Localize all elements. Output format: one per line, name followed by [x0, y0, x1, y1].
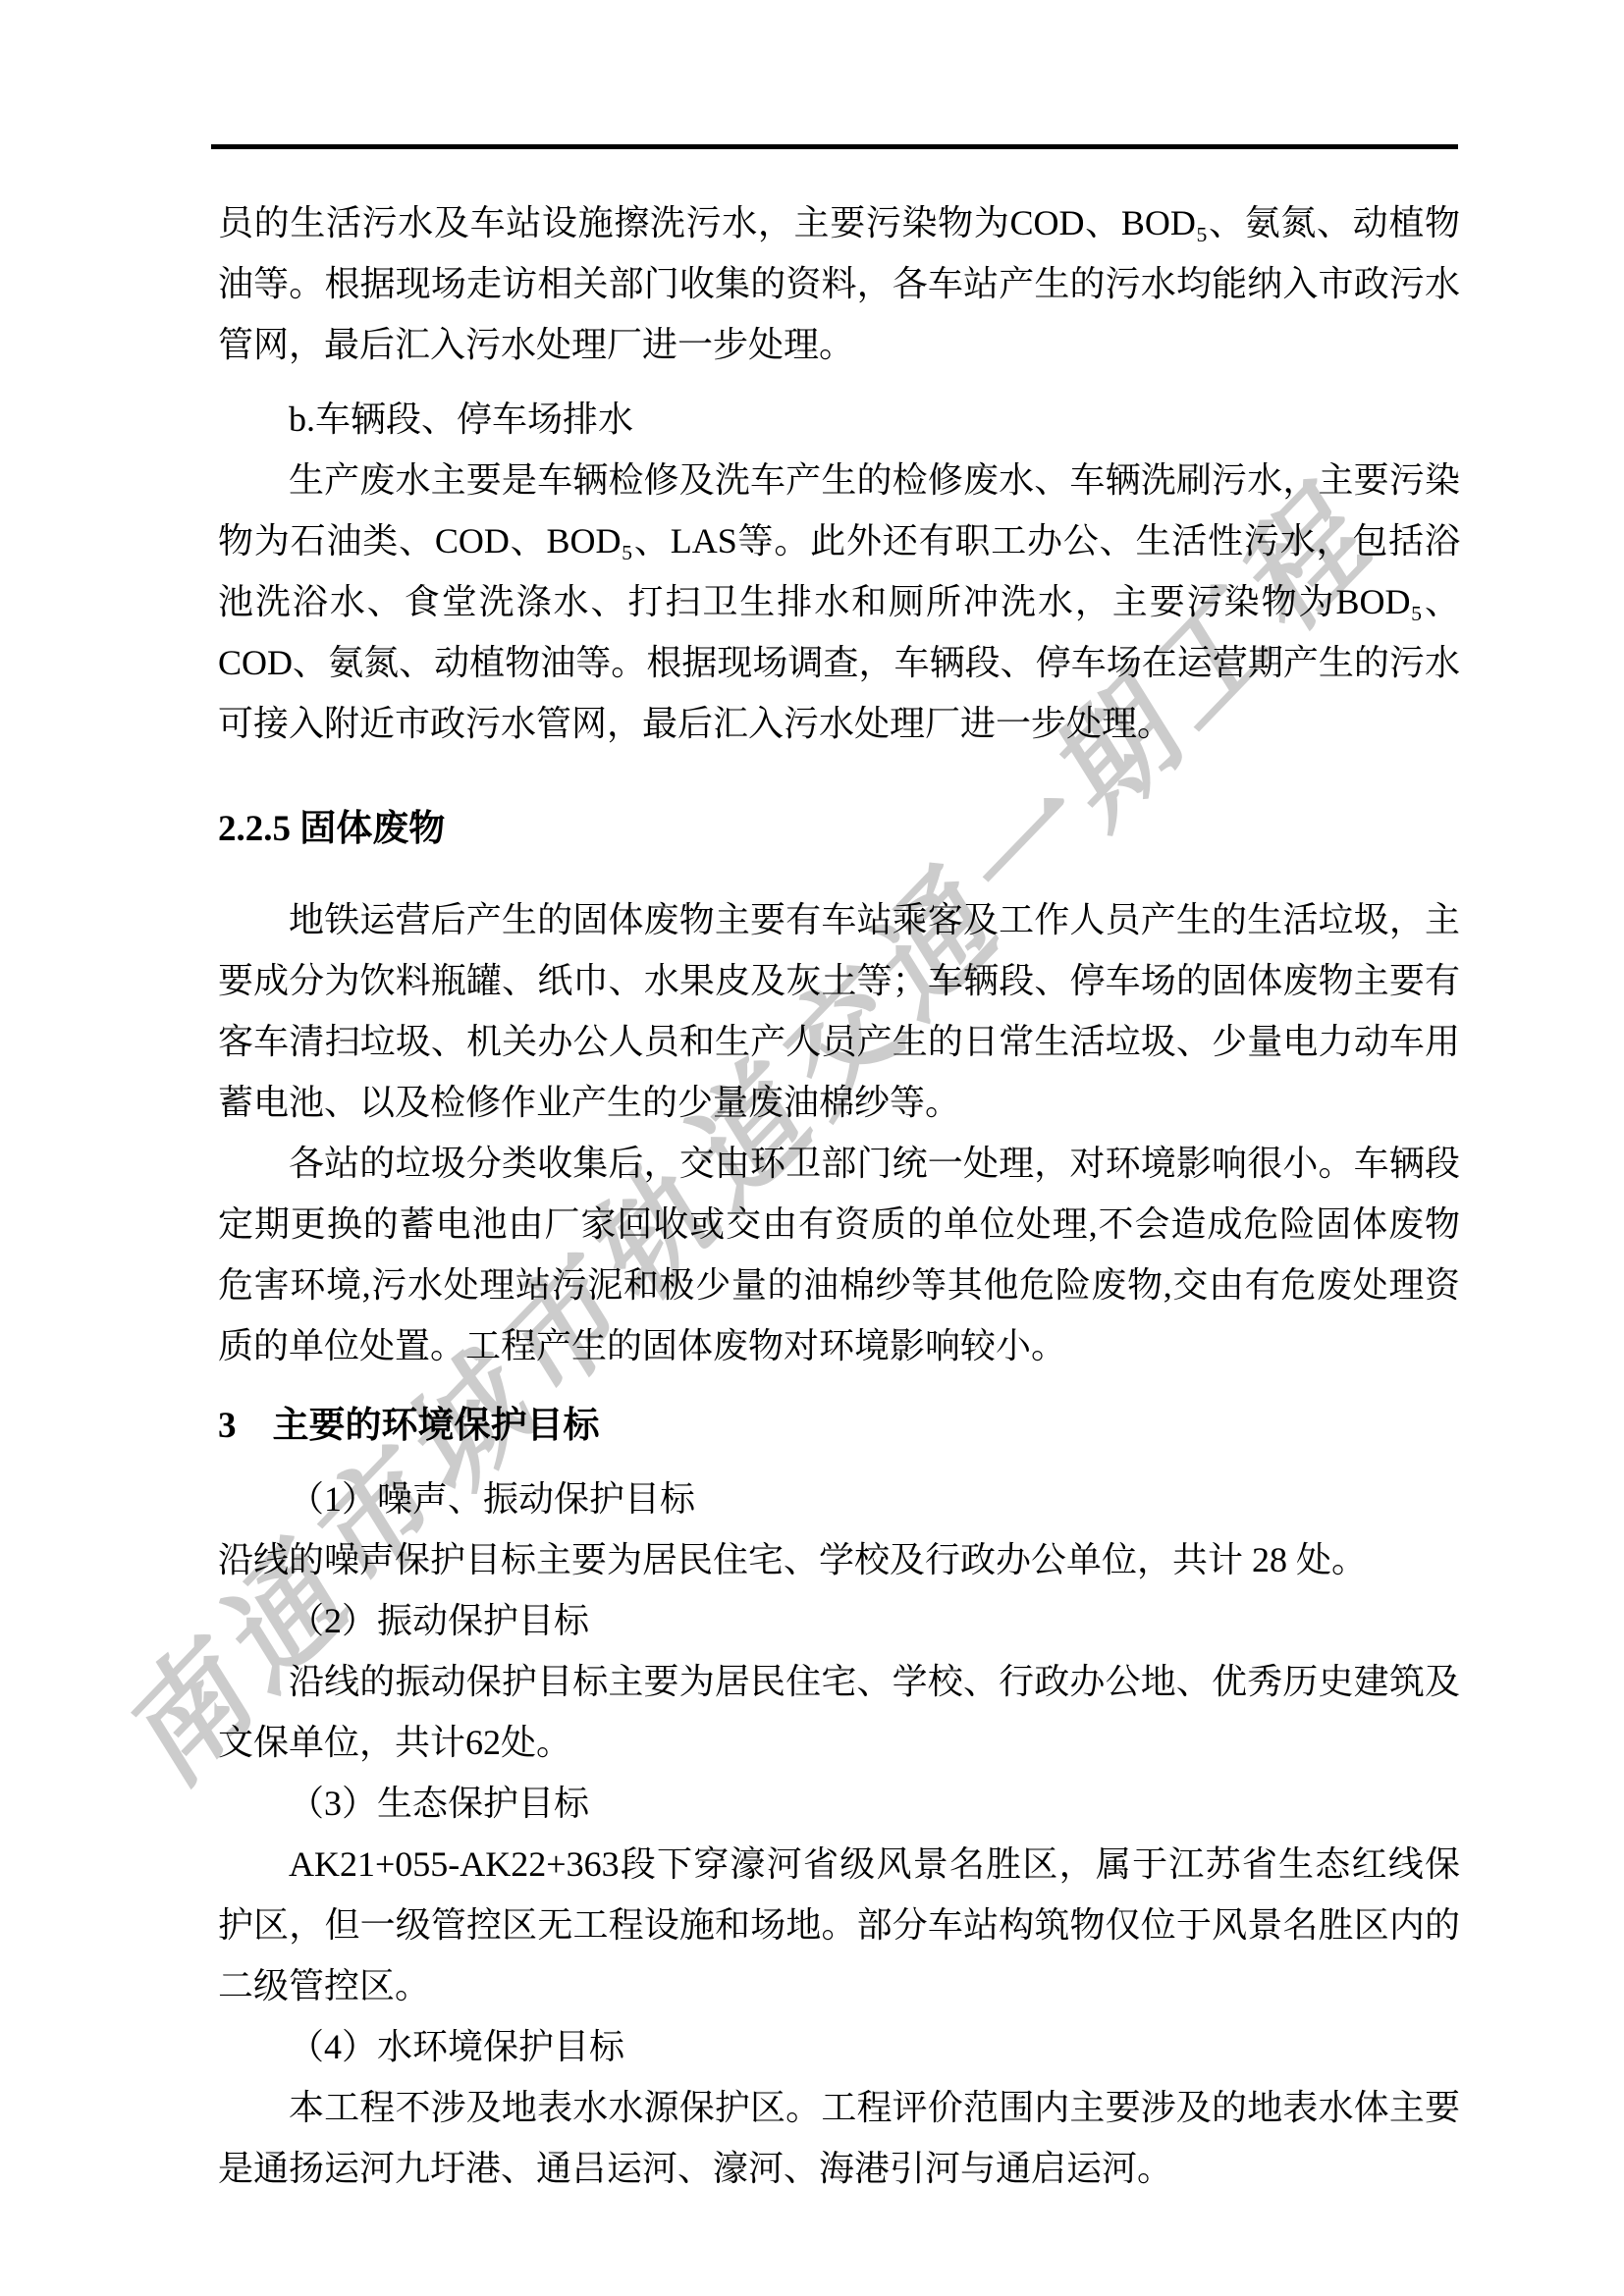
- document-page: 南通市城市轨道交通一期工程 员的生活污水及车站设施擦洗污水，主要污染物为COD、…: [0, 0, 1624, 2296]
- paragraph-station-sewage: 员的生活污水及车站设施擦洗污水，主要污染物为COD、BOD₅、氨氮、动植物油等。…: [218, 192, 1460, 375]
- paragraph-solid-waste-sources: 地铁运营后产生的固体废物主要有车站乘客及工作人员产生的生活垃圾，主要成分为饮料瓶…: [218, 889, 1460, 1133]
- item-ecology-target: （3）生态保护目标: [218, 1773, 1460, 1834]
- item-vibration-target: （2）振动保护目标: [218, 1590, 1460, 1651]
- item-noise-vibration-target: （1）噪声、振动保护目标: [218, 1468, 1460, 1529]
- paragraph-solid-waste-disposal: 各站的垃圾分类收集后，交由环卫部门统一处理，对环境影响很小。车辆段定期更换的蓄电…: [218, 1133, 1460, 1376]
- paragraph-vibration-target: 沿线的振动保护目标主要为居民住宅、学校、行政办公地、优秀历史建筑及文保单位，共计…: [218, 1651, 1460, 1773]
- subheading-depot-drainage: b.车辆段、停车场排水: [218, 389, 1460, 450]
- paragraph-ecology-target: AK21+055-AK22+363段下穿濠河省级风景名胜区，属于江苏省生态红线保…: [218, 1834, 1460, 2016]
- paragraph-depot-wastewater: 生产废水主要是车辆检修及洗车产生的检修废水、车辆洗刷污水，主要污染物为石油类、C…: [218, 450, 1460, 754]
- heading-solid-waste: 2.2.5 固体废物: [218, 799, 1460, 860]
- document-body: 员的生活污水及车站设施擦洗污水，主要污染物为COD、BOD₅、氨氮、动植物油等。…: [218, 192, 1460, 2199]
- item-water-environment-target: （4）水环境保护目标: [218, 2016, 1460, 2077]
- paragraph-noise-target: 沿线的噪声保护目标主要为居民住宅、学校及行政办公单位，共计 28 处。: [218, 1529, 1460, 1590]
- paragraph-water-environment-target: 本工程不涉及地表水水源保护区。工程评价范围内主要涉及的地表水体主要是通扬运河九圩…: [218, 2077, 1460, 2199]
- header-rule: [211, 144, 1458, 149]
- heading-environmental-protection-targets: 3 主要的环境保护目标: [218, 1396, 1460, 1457]
